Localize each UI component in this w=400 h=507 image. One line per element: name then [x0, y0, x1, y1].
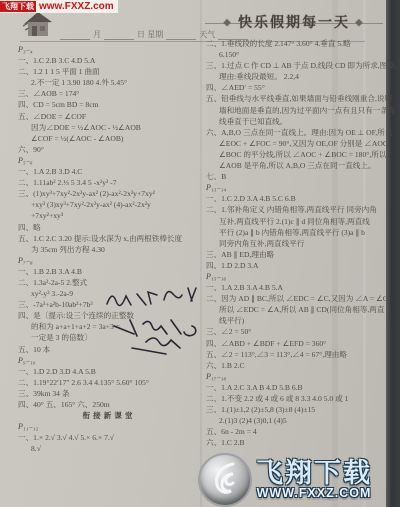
watermark-url: WWW.FXXZ.COM	[256, 486, 372, 500]
site-name-tag: 飞翔下载	[0, 1, 36, 12]
answer-line: 三、∠2 = 50°	[206, 326, 382, 337]
answer-line: 2.(1)3 (2)4 (3)0,1 (4)5	[206, 415, 382, 426]
answer-line: 三、1.过点 C 作 CD ⊥ AB 于点 D,线段 CD 即为所求,图略。	[206, 60, 382, 71]
page-title: ◆ 快乐假期每一天 ◆	[222, 12, 367, 32]
answer-line: 四、∠AED′ = 55°	[206, 82, 382, 93]
answer-line: 8.√	[18, 443, 200, 454]
page-ref: P₅₋₆	[18, 155, 200, 166]
answer-line: 二、1.11ab² 2.⅓ 5 3.4 5 -x²y³ -7	[18, 177, 200, 188]
answer-line: ∠BOC 的平分线,所以 ∠AOC + ∠BOC = 180°,所以	[206, 149, 382, 160]
handwriting-scribble	[103, 286, 203, 317]
page-crease	[200, 0, 202, 507]
answer-line: 二、1.2 1 1 5 平面 1 曲面	[18, 66, 200, 77]
answer-line: 三、(1)xy³+7xy²-2x²y-ax² (2)-ax²-2x²y+7xy²	[18, 188, 200, 199]
answer-line: 理由:垂线段最短。 2.2,4	[206, 71, 382, 82]
answer-line: 平行 (2)a ∥ b 内错角相等,两直线平行 (3)a ∥ b	[206, 227, 382, 238]
answer-line: 六、90°	[18, 144, 200, 155]
answer-line: 二、1.邻补角定义 内错角相等,两直线平行 同旁内角	[206, 204, 382, 215]
answer-line: ∠AOB 是平角,所以 A,B,O 三点在同一直线上。	[206, 160, 382, 171]
answer-line: 五、∠DOE = ∠COF	[18, 111, 200, 122]
answer-line: 三、39km 34 条	[18, 388, 200, 399]
answer-line: 一、1.D 2.D 3.D 4.A 5.B	[18, 366, 200, 377]
answer-line: 二、1.19°22′17″ 2.6 3.4 4.135° 5.60° 105°	[18, 377, 200, 388]
answer-line: 6.150°	[206, 49, 382, 60]
page-ref: P₇₋₈	[18, 255, 200, 266]
answer-line: 一、1.A 2.B 3.A 4.B 5.A	[206, 282, 382, 293]
section-header: 衔接新课堂	[18, 410, 200, 421]
answer-line: 三、∠AOB = 174°	[18, 88, 200, 99]
answer-line: 五、6n - 2m = 4	[206, 426, 382, 437]
answer-line: 五、∠2 = 113°,∠3 = 113°,∠4 = 67°,理由略	[206, 349, 382, 360]
house-illustration	[22, 10, 58, 45]
page-title-text: 快乐假期每一天	[238, 16, 350, 31]
page-ref: P₁₇₋₁₈	[206, 371, 382, 382]
answers-right-column: 二、1.垂线段的长度 2.147° 3.60° 4.垂直 5.略6.150°三、…	[206, 38, 382, 448]
answer-line: 四、∠ABD + ∠BDF + ∠EFD = 360°	[206, 338, 382, 349]
answer-line: 线垂直于已知直线。	[206, 116, 382, 127]
watermark-text: 飞翔下载 WWW.FXXZ.COM	[256, 460, 372, 500]
answer-line: 六、A,B,O 三点在同一直线上。理由:因为 OE ⊥ OF,所以	[206, 127, 382, 138]
answer-line: 互补,两直线平行 2.(1)c ∥ d 同位角相等,两直线	[206, 216, 382, 227]
answer-line: 四、略	[18, 222, 200, 233]
answer-line: 所以 ∠EDC = ∠A,所以 AB ∥ CD(同位角相等,两直	[206, 304, 382, 315]
answer-line: 一、1.C 2.D 3.A 4.B 5.C 6.B	[206, 193, 382, 204]
answer-line: 一、1.B 2.B 3.A 4.B	[18, 266, 200, 277]
ornament-icon: ◆	[224, 17, 233, 27]
answer-line: 四、1.D 2.D 3.A	[206, 260, 382, 271]
answer-line: 五、1.C 2.C 3.20 提示:设水深为 x,由两根铁棒长度	[18, 233, 200, 244]
answer-line: 三、AB ∥ ED,理由略	[206, 249, 382, 260]
answer-line: 同旁内角互补,两直线平行	[206, 238, 382, 249]
answer-line: +xy³ (3)xy³+7xy²-2x²y-ax² (4)-ax²-2x²y	[18, 199, 200, 210]
page-ref: P₃₋₄	[18, 44, 200, 55]
answer-line: 七、B	[206, 171, 382, 182]
answer-line: 一、1.A 2.B 3.D 4.C	[18, 166, 200, 177]
answer-line: 因为∠DOE = ½∠AOC - ½∠AOB	[18, 122, 200, 133]
answer-line: 四、CD = 5cm BD = 8cm	[18, 99, 200, 110]
watermark-brand: 飞翔下载	[256, 460, 372, 486]
scanner-edge-strip	[386, 0, 400, 507]
answer-line: 一、1.C 2.B 3.C 4.D 5.A	[18, 55, 200, 66]
page-ref: P₁₁₋₁₂	[18, 421, 200, 432]
answer-line: 2.不一定 1 3.90 180 4.外 5.45°	[18, 77, 200, 88]
answer-line: ∠COF = ½(∠AOC - ∠AOB)	[18, 133, 200, 144]
answer-line: 四、40° 五、165° 六、250m	[18, 399, 200, 410]
page-ref: P₁₃₋₁₄	[206, 182, 382, 193]
answer-line: 二、1.不变 2.2 或 4 或 6 或 8 3.3 4.0 5.0 或 1	[206, 393, 382, 404]
answer-line: 墙和地面是垂直的,因为过平面内一点有且只有一条直	[206, 105, 382, 116]
answer-line: 六、1.B 2.C	[206, 360, 382, 371]
fxxz-logo-icon	[198, 453, 252, 507]
ornament-icon: ◆	[356, 17, 365, 27]
answer-line: 三、1.(1)±1,2 (2)±5,8 (3)±8 (4)±15	[206, 404, 382, 415]
answer-line: 一、1.A 2.C 3.A B 4.D 5.B 6.B	[206, 382, 382, 393]
answer-line: 二、因为 AD ∥ BC,所以 ∠EDC = ∠C,又因为 ∠A = ∠C,	[206, 293, 382, 304]
page-ref: P₁₅₋₁₆	[206, 271, 382, 282]
answers-left-column: P₃₋₄一、1.C 2.B 3.C 4.D 5.A二、1.2 1 1 5 平面 …	[18, 44, 200, 454]
date-blank	[166, 30, 196, 40]
answer-line: 线平行)	[206, 315, 382, 326]
answer-line: 为 35cm 列出方程 4.30	[18, 244, 200, 255]
page-header: ◆ 快乐假期每一天 ◆	[205, 12, 383, 34]
answer-line: 六、1.C 2.B	[206, 437, 382, 448]
answer-line: 一、1.× 2.√ 3.√ 4.√ 5.× 6.× 7.√	[18, 432, 200, 443]
answer-line: +7xy²+xy³	[18, 210, 200, 221]
answer-line: ∠EOC + ∠FOC = 90°,又因为 OE,OF 分别是 ∠AOC,	[206, 138, 382, 149]
day-week-label: 日 星期	[136, 29, 164, 40]
date-blank	[104, 30, 134, 40]
bottom-watermark: 飞翔下载 WWW.FXXZ.COM	[198, 452, 394, 507]
answer-line: 五、铅垂线与水平线垂直,如果墙面与铅垂线刚重合,说明	[206, 93, 382, 104]
site-url: www.FXXZ.com	[39, 1, 114, 12]
handwriting-scribble	[112, 316, 204, 361]
top-watermark: 飞翔下载 www.FXXZ.com	[0, 0, 118, 13]
date-blank	[60, 30, 90, 40]
month-label: 月	[92, 29, 102, 40]
